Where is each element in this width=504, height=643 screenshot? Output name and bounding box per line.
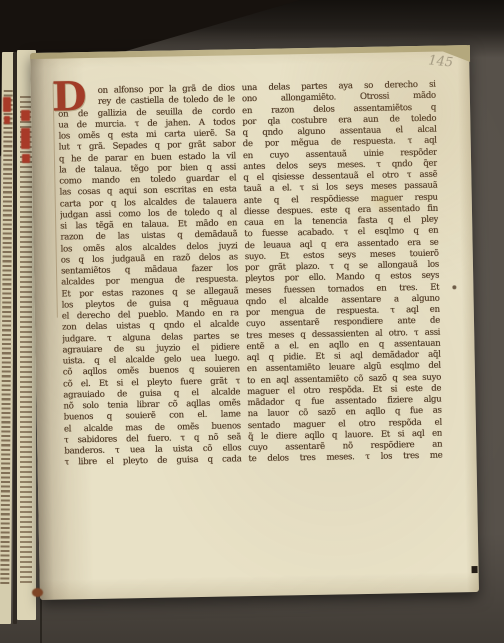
rubric-mark [4,116,10,124]
text-column-right: una delas partes aya so derecho siono al… [242,80,443,466]
foxing-spot [452,285,456,289]
text-column-left: on alfonso por la grã de diosrey de cast… [58,83,242,469]
rubric-mark [3,97,11,112]
rubric-mark [22,154,30,163]
gutter-stain [32,588,43,597]
manuscript-text-line: te delos tres meses. τ los tres me [248,451,442,466]
page-edge-notch [471,566,477,573]
manuscript-page: 145 D on alfonso por la grã de diosrey d… [30,45,479,600]
rubric-mark [21,110,30,121]
folio-number: 145 [428,53,454,70]
rubric-mark [21,128,30,149]
manuscript-text-line: τ libre el pleyto de guisa q cada [64,455,241,469]
book-photograph: 145 D on alfonso por la grã de diosrey d… [0,0,504,643]
